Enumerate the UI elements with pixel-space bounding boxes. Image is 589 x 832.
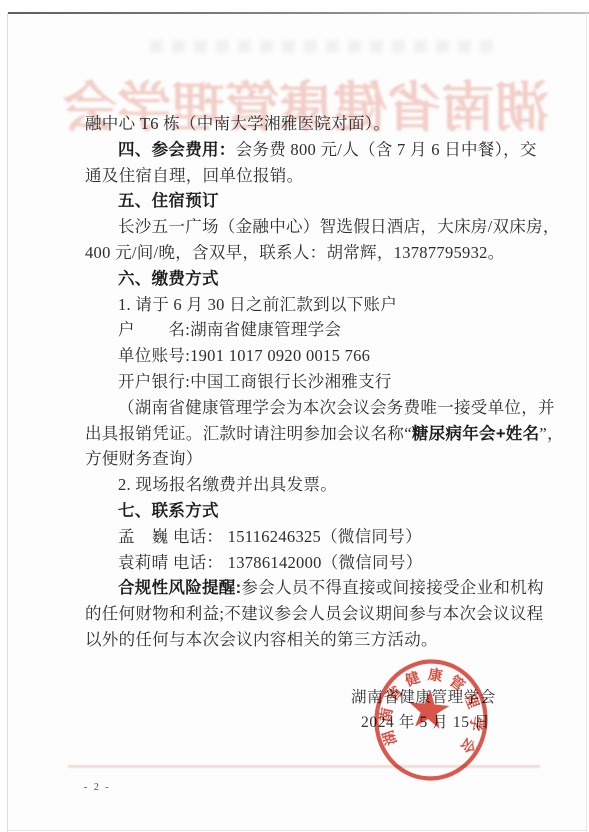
seal-star-icon xyxy=(407,688,450,729)
document-line: 方便财务查询） xyxy=(85,446,537,472)
document-line: 的任何财物和利益;不建议参会人员会议期间参与本次会议议程 xyxy=(85,601,537,627)
document-line: 六、缴费方式 xyxy=(85,266,537,292)
body-text: 方便财务查询） xyxy=(85,449,203,468)
heading-text: 六、缴费方式 xyxy=(118,270,219,288)
body-text: 出具报销凭证。汇款时请注明参加会议名称“ xyxy=(85,424,412,443)
document-line: 七、联系方式 xyxy=(85,498,537,524)
heading-text: 五、住宿预订 xyxy=(118,192,219,210)
document-line: 融中心 T6 栋（中南大学湘雅医院对面）。 xyxy=(85,111,537,137)
body-text: 会务费 800 元/人（含 7 月 6 日中餐），交 xyxy=(236,140,537,159)
page-number: - 2 - xyxy=(84,782,111,793)
document-line: 孟 巍 电话： 15116246325（微信同号） xyxy=(85,524,537,550)
body-text: 以外的任何与本次会议内容相关的第三方活动。 xyxy=(85,630,438,649)
body-text: 1. 请于 6 月 30 日之前汇款到以下账户 xyxy=(118,295,397,314)
scanned-document-page: { "page": { "number": "- 2 -" }, "bleedt… xyxy=(0,0,589,832)
body-text: 袁莉晴 电话： 13786142000（微信同号） xyxy=(118,553,423,572)
body-text: 的任何财物和利益;不建议参会人员会议期间参与本次会议议程 xyxy=(85,604,543,623)
document-line: 单位账号:1901 1017 0920 0015 766 xyxy=(85,343,537,369)
document-line: 四、参会费用：会务费 800 元/人（含 7 月 6 日中餐），交 xyxy=(85,137,537,163)
document-line: 以外的任何与本次会议内容相关的第三方活动。 xyxy=(85,627,537,653)
document-line: 1. 请于 6 月 30 日之前汇款到以下账户 xyxy=(85,292,537,318)
document-line: 400 元/间/晚，含双早，联系人：胡常辉，13787795932。 xyxy=(85,240,537,266)
body-text: 通及住宿自理，回单位报销。 xyxy=(85,166,303,185)
body-text: 单位账号:1901 1017 0920 0015 766 xyxy=(118,346,370,365)
body-text: 参会人员不得直接或间接接受企业和机构 xyxy=(241,578,543,597)
body-text: 开户银行:中国工商银行长沙湘雅支行 xyxy=(118,372,392,391)
document-line: 合规性风险提醒:参会人员不得直接或间接接受企业和机构 xyxy=(85,575,537,601)
document-line: 户 名:湖南省健康管理学会 xyxy=(85,317,537,343)
body-text: 户 名:湖南省健康管理学会 xyxy=(118,320,341,339)
document-line: 长沙五一广场（金融中心）智选假日酒店，大床房/双床房， xyxy=(85,214,537,240)
body-text: （湖南省健康管理学会为本次会议会务费唯一接受单位，并 xyxy=(118,398,555,417)
heading-text: 七、联系方式 xyxy=(118,502,219,520)
bleedthrough-smudge xyxy=(150,40,495,53)
body-text: 长沙五一广场（金融中心）智选假日酒店，大床房/双床房， xyxy=(118,217,560,236)
document-line: 开户银行:中国工商银行长沙湘雅支行 xyxy=(85,369,537,395)
scan-edge-bottom xyxy=(7,830,587,831)
heading-text: 糖尿病年会+姓名 xyxy=(412,425,540,443)
body-text: 融中心 T6 栋（中南大学湘雅医院对面）。 xyxy=(85,114,390,133)
official-seal: 湖南省健康管理学会 xyxy=(366,652,497,788)
document-line: 袁莉晴 电话： 13786142000（微信同号） xyxy=(85,550,537,576)
heading-text: 四、参会费用： xyxy=(118,141,236,159)
document-line: 2. 现场报名缴费并出具发票。 xyxy=(85,472,537,498)
body-text: ”， xyxy=(539,424,563,443)
body-text: 2. 现场报名缴费并出具发票。 xyxy=(118,475,337,494)
document-line: （湖南省健康管理学会为本次会议会务费唯一接受单位，并 xyxy=(85,395,537,421)
document-line: 出具报销凭证。汇款时请注明参加会议名称“糖尿病年会+姓名”， xyxy=(85,421,537,447)
document-body: 融中心 T6 栋（中南大学湘雅医院对面）。四、参会费用：会务费 800 元/人（… xyxy=(85,111,537,653)
heading-text: 合规性风险提醒: xyxy=(118,579,241,597)
scan-edge-right xyxy=(586,13,587,832)
document-line: 通及住宿自理，回单位报销。 xyxy=(85,163,537,189)
body-text: 400 元/间/晚，含双早，联系人：胡常辉，13787795932。 xyxy=(85,243,505,262)
body-text: 孟 巍 电话： 15116246325（微信同号） xyxy=(118,527,422,546)
document-line: 五、住宿预订 xyxy=(85,188,537,214)
